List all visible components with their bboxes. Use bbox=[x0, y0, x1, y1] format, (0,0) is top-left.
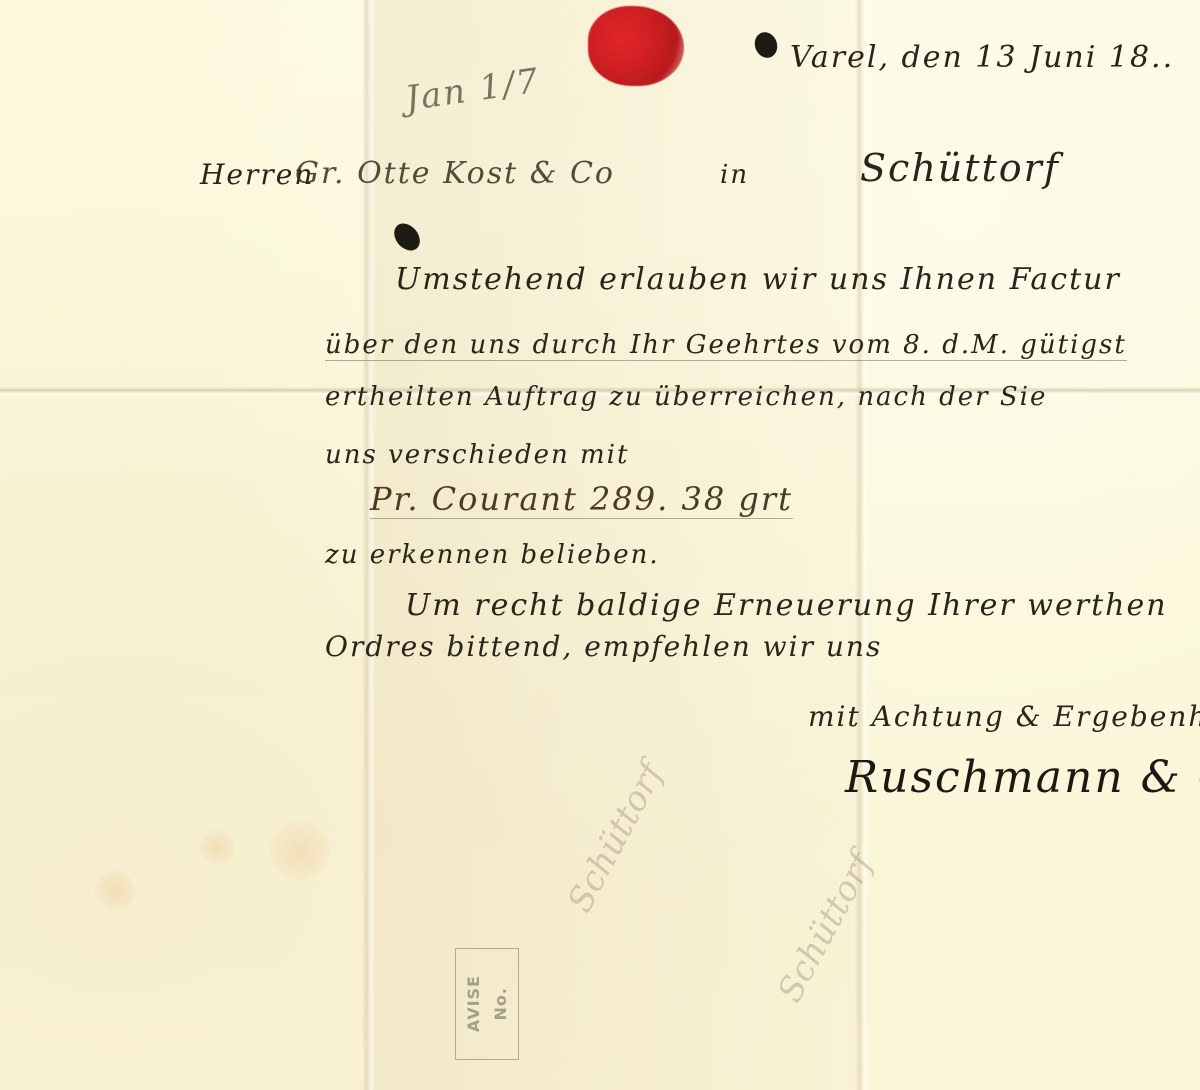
stamp-text-avise: AVISE bbox=[464, 975, 483, 1032]
signature: Ruschmann & C bbox=[845, 752, 1200, 803]
postal-avise-stamp: AVISE No. bbox=[455, 948, 519, 1060]
body-line: Umstehend erlauben wir uns Ihnen Factur bbox=[395, 262, 1121, 297]
paper-stain bbox=[95, 870, 135, 910]
body-line: ertheilten Auftrag zu überreichen, nach … bbox=[325, 382, 1047, 412]
addressee-preposition: in bbox=[720, 160, 749, 190]
place-date: Varel, den 13 Juni 18.. bbox=[790, 40, 1174, 75]
body-line: Um recht baldige Erneuerung Ihrer werthe… bbox=[405, 588, 1168, 623]
body-line: zu erkennen belieben. bbox=[325, 540, 660, 570]
closing-formula: mit Achtung & Ergebenheit bbox=[808, 700, 1200, 733]
red-wax-seal bbox=[588, 6, 684, 86]
body-line: Ordres bittend, empfehlen wir uns bbox=[325, 630, 882, 663]
paper-stain bbox=[270, 820, 330, 880]
addressee-name: Gr. Otte Kost & Co bbox=[295, 156, 615, 191]
body-line: über den uns durch Ihr Geehrtes vom 8. d… bbox=[325, 330, 1127, 361]
paper-stain bbox=[200, 830, 235, 865]
stamp-text-number: No. bbox=[491, 987, 510, 1020]
invoice-amount: Pr. Courant 289. 38 grt bbox=[370, 480, 793, 519]
body-line: uns verschieden mit bbox=[325, 440, 629, 470]
addressee-city: Schüttorf bbox=[860, 146, 1060, 190]
